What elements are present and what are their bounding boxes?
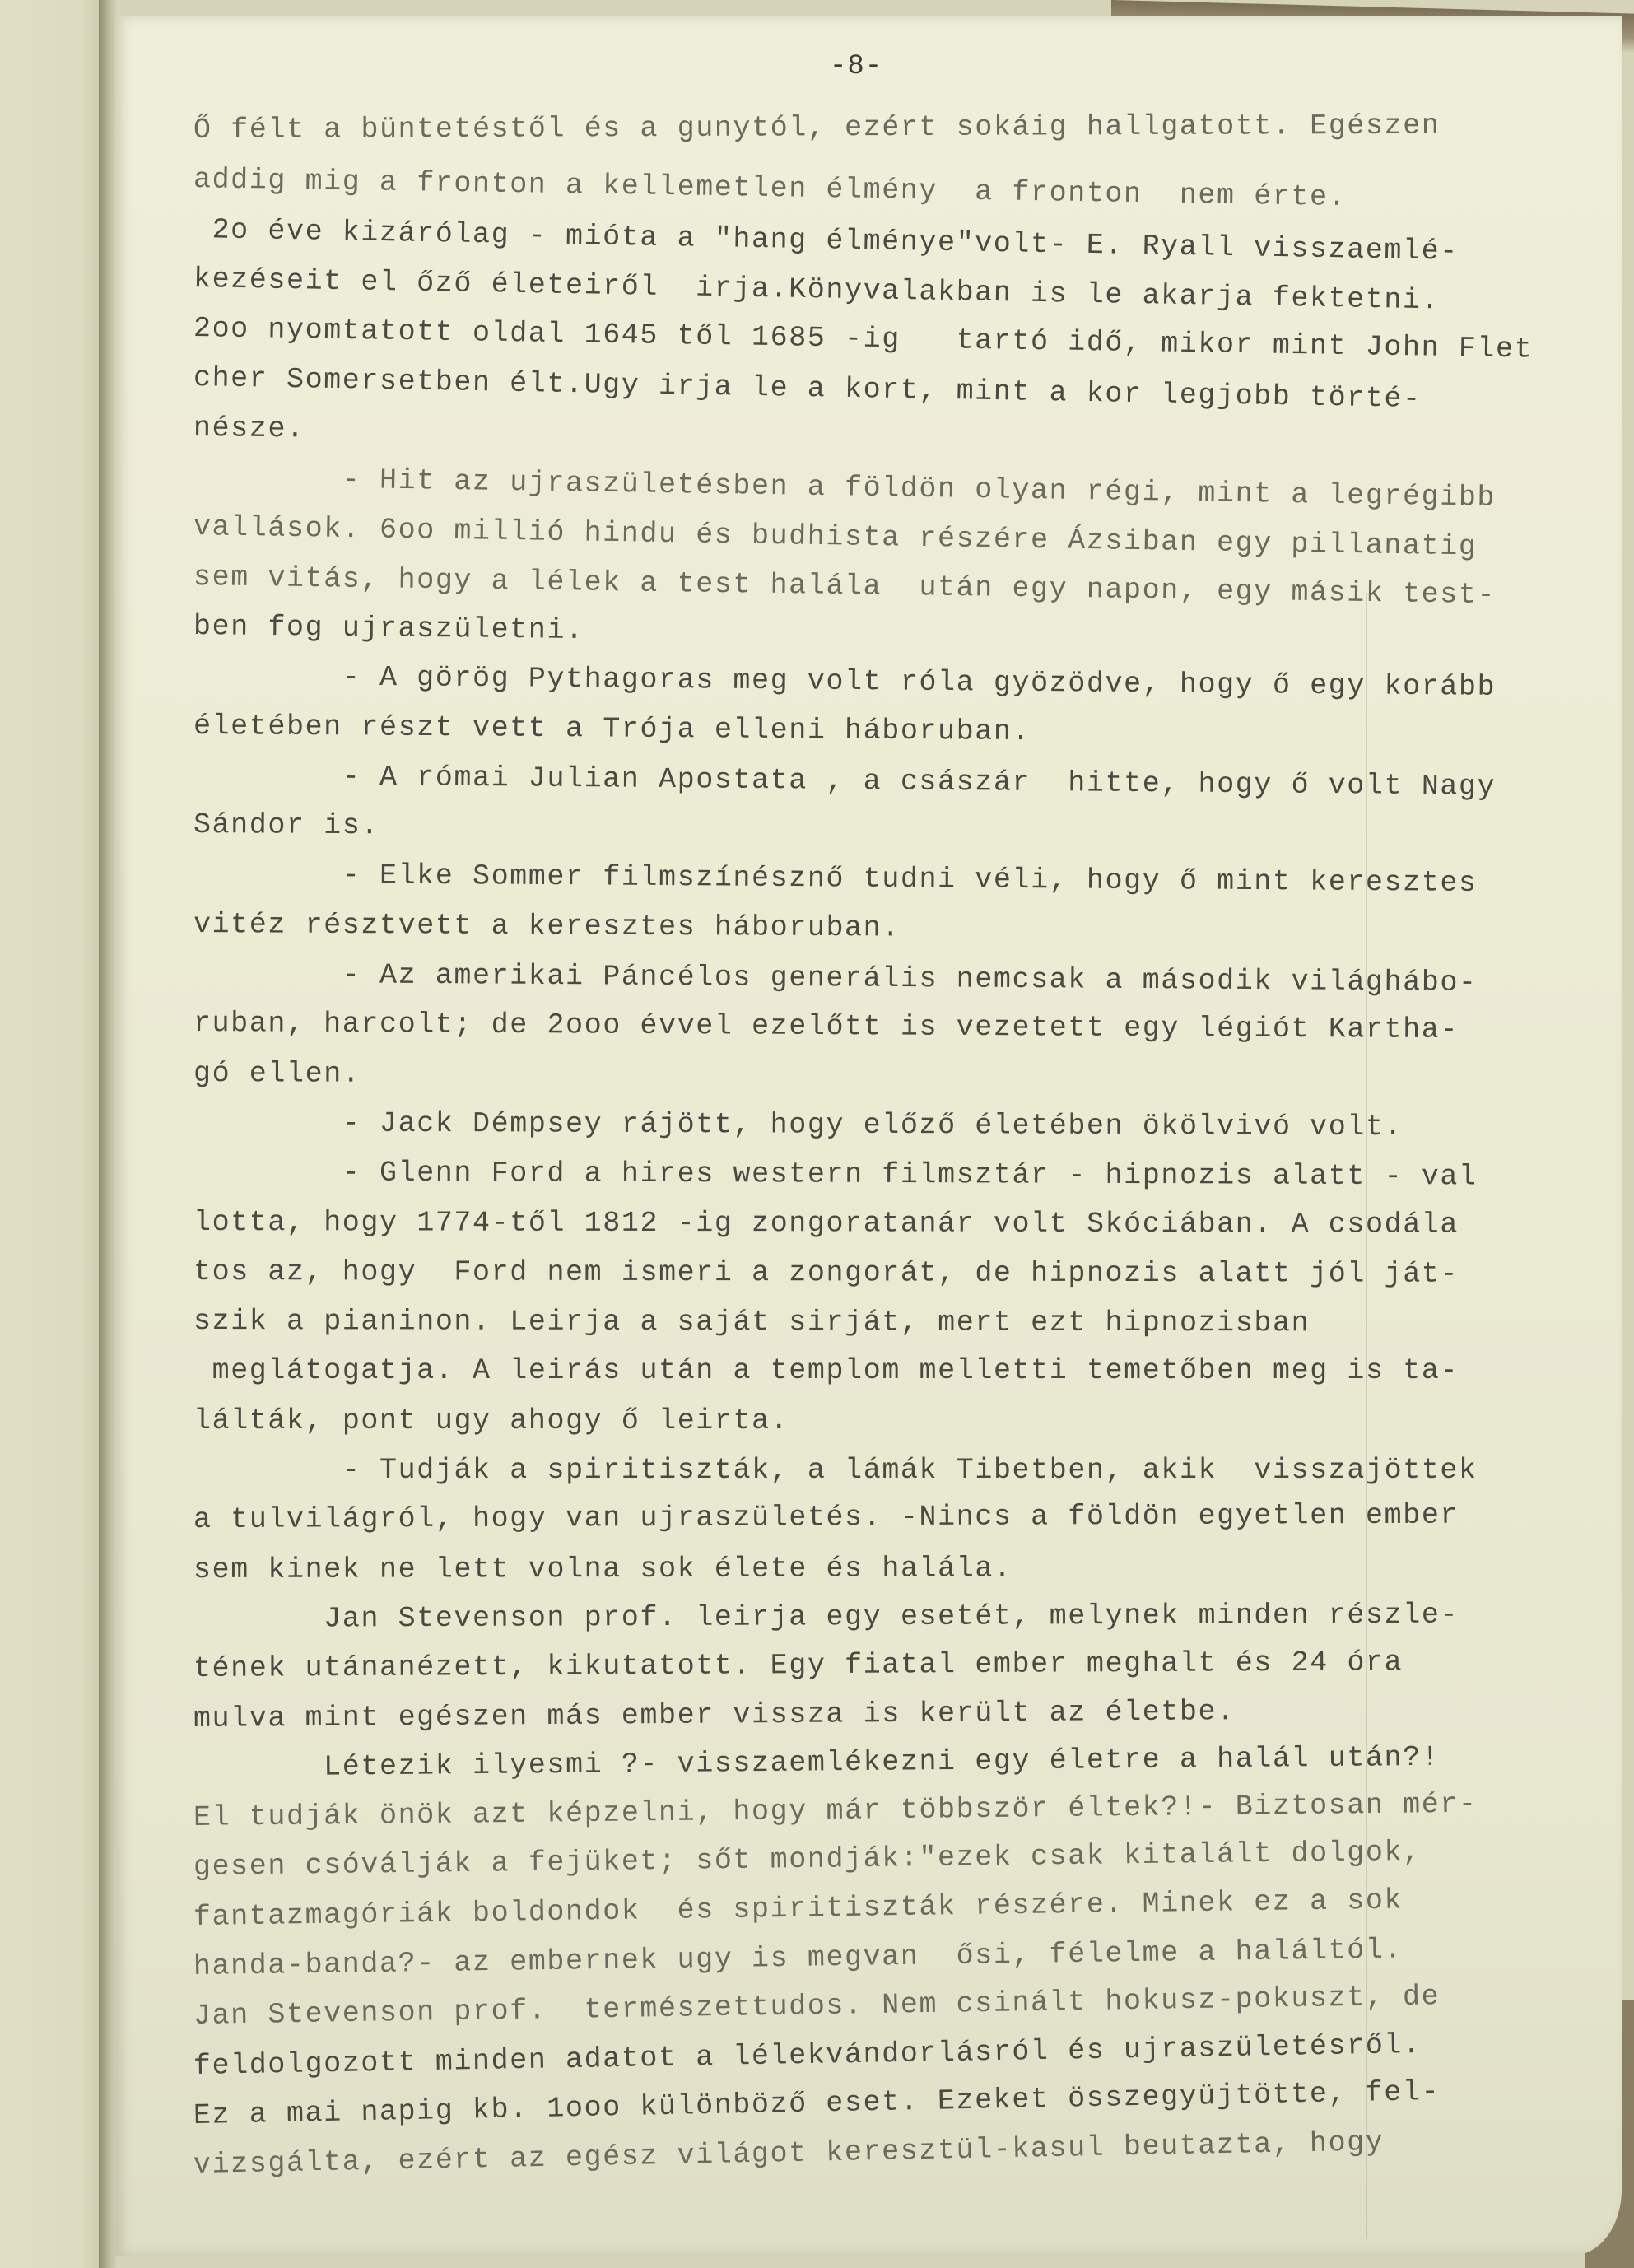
text-line: lálták, pont ugy ahogy ő leirta. (193, 1396, 1609, 1446)
typewritten-page: -8- Ő félt a büntetéstől és a gunytól, e… (115, 16, 1622, 2256)
text-line: meglátogatja. A leirás után a templom me… (193, 1346, 1609, 1395)
page-number: -8- (830, 51, 882, 82)
page-body-text: Ő félt a büntetéstől és a gunytól, ezért… (193, 105, 1609, 2190)
text-line: Sándor is. (193, 800, 1609, 857)
text-line: Jan Stevenson prof. leirja egy esetét, m… (193, 1590, 1609, 1644)
text-line: a tulvilágról, hogy van ujraszületés. -N… (193, 1490, 1609, 1544)
text-line: sem kinek ne lett volna sok élete és hal… (193, 1543, 1609, 1595)
text-line: tos az, hogy Ford nem ismeri a zongorát,… (193, 1247, 1609, 1299)
text-line: ruban, harcolt; de 2ooo évvel ezelőtt is… (193, 999, 1609, 1055)
text-line: lotta, hogy 1774-től 1812 -ig zongoratan… (193, 1198, 1609, 1250)
text-line: - Jack Démpsey rájött, hogy előző életéb… (193, 1098, 1609, 1153)
text-line: gó ellen. (193, 1049, 1609, 1103)
text-line: - Glenn Ford a hires western filmsztár -… (193, 1148, 1609, 1202)
text-line: vitéz résztvett a keresztes háboruban. (193, 900, 1609, 957)
text-line: életében részt vett a Trója elleni hábor… (193, 701, 1609, 761)
text-line: - Tudják a spiritiszták, a lámák Tibetbe… (193, 1446, 1609, 1495)
facing-page (0, 0, 100, 2268)
text-line: Ő félt a büntetéstől és a gunytól, ezért… (193, 100, 1609, 155)
text-line: szik a pianinon. Leirja a saját sirját, … (193, 1297, 1609, 1348)
